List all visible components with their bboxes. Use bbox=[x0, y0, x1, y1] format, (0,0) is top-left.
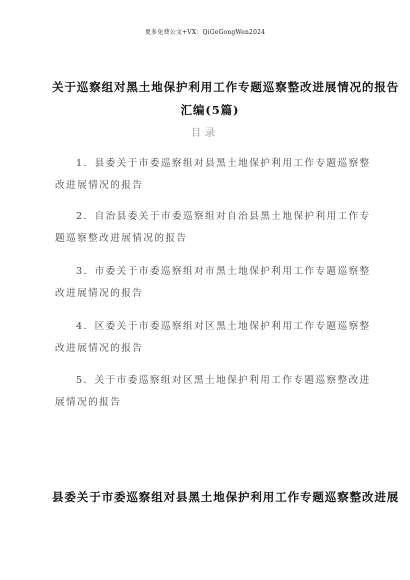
toc-item: 5．关于市委巡察组对区黑土地保护利用工作专题巡察整改进 展情况的报告 bbox=[55, 370, 367, 414]
toc-item-line: 展情况的报告 bbox=[55, 392, 367, 414]
toc-item: 2．自治县委关于市委巡察组对自治县黑土地保护利用工作专 题巡察整改进展情况的报告 bbox=[55, 206, 367, 250]
toc-item-line: 5．关于市委巡察组对区黑土地保护利用工作专题巡察整改进 bbox=[55, 370, 367, 392]
toc-item-line: 3．市委关于市委巡察组对市黑土地保护利用工作专题巡察整 bbox=[55, 261, 367, 283]
toc-item-line: 改进展情况的报告 bbox=[55, 175, 367, 197]
section-title: 县委关于市委巡察组对县黑土地保护利用工作专题巡察整改进展 bbox=[52, 489, 368, 505]
toc-item-line: 题巡察整改进展情况的报告 bbox=[55, 228, 367, 250]
toc-item-line: 改进展情况的报告 bbox=[55, 283, 367, 305]
toc-item: 1．县委关于市委巡察组对县黑土地保护利用工作专题巡察整 改进展情况的报告 bbox=[55, 153, 367, 197]
toc-item-line: 1．县委关于市委巡察组对县黑土地保护利用工作专题巡察整 bbox=[55, 153, 367, 175]
toc-item: 4．区委关于市委巡察组对区黑土地保护利用工作专题巡察整 改进展情况的报告 bbox=[55, 316, 367, 360]
toc-heading: 目录 bbox=[0, 124, 410, 139]
toc-item: 3．市委关于市委巡察组对市黑土地保护利用工作专题巡察整 改进展情况的报告 bbox=[55, 261, 367, 305]
document-subtitle: 汇编(5篇) bbox=[52, 102, 368, 118]
toc-item-line: 2．自治县委关于市委巡察组对自治县黑土地保护利用工作专 bbox=[55, 206, 367, 228]
toc-item-line: 改进展情况的报告 bbox=[55, 338, 367, 360]
header-note: 更多免费公文+VX：QiGeGongWen2024 bbox=[0, 27, 410, 36]
toc-item-line: 4．区委关于市委巡察组对区黑土地保护利用工作专题巡察整 bbox=[55, 316, 367, 338]
document-title: 关于巡察组对黑土地保护利用工作专题巡察整改进展情况的报告 bbox=[52, 79, 368, 95]
